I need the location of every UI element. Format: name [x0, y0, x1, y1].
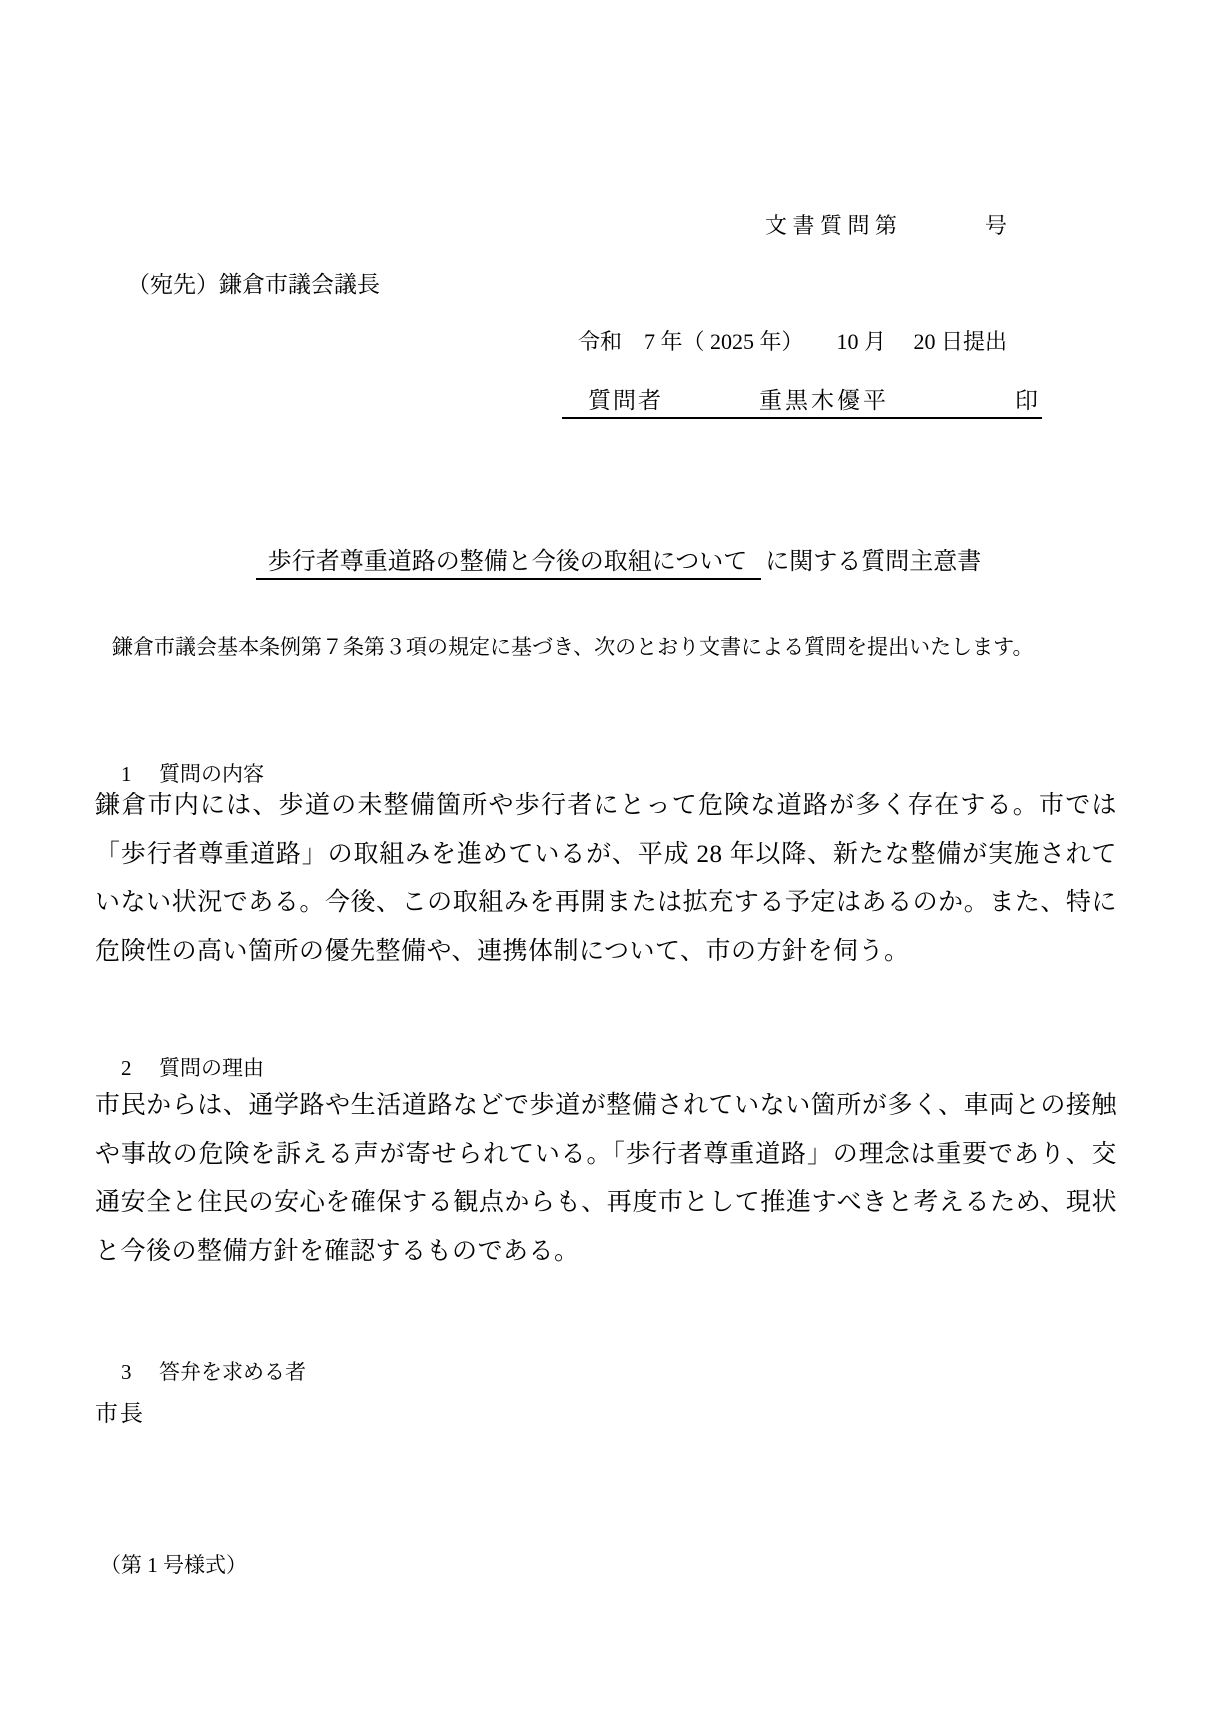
document-page: 文 書 質 問 第 号 令和 7 年（ 2025 年） 10 月 20 日提出 … [0, 0, 1213, 1721]
document-title: 歩行者尊重道路の整備と今後の取組についてに関する質問主意書 [0, 514, 1213, 603]
form-style-note: （第 1 号様式） [100, 1549, 247, 1579]
section-2-title: 質問の理由 [159, 1056, 264, 1080]
submission-date-line: 令和 7 年（ 2025 年） 10 月 20 日提出 [578, 323, 1007, 362]
seal-mark: 印 [1015, 382, 1038, 415]
title-subject-underlined: 歩行者尊重道路の整備と今後の取組について [256, 549, 762, 580]
doc-number-line: 文 書 質 問 第 号 [578, 207, 1007, 246]
section-3-number: 3 [121, 1360, 135, 1385]
intro-sentence: 鎌倉市議会基本条例第７条第３項の規定に基づき、次のとおり文書による質問を提出いた… [112, 631, 1122, 661]
questioner-name: 重黒木優平 [759, 382, 889, 415]
section-2-body: 市民からは、通学路や生活道路などで歩道が整備されていない箇所が多く、車両との接触… [95, 1082, 1117, 1276]
title-suffix: に関する質問主意書 [761, 549, 981, 575]
addressee-line: （宛先）鎌倉市議会議長 [127, 266, 380, 299]
questioner-signature-line: 質問者 重黒木優平 印 [562, 386, 1042, 419]
answerer-value: 市長 [95, 1395, 145, 1428]
section-3-title: 答弁を求める者 [159, 1360, 306, 1384]
section-1-body: 鎌倉市内には、歩道の未整備箇所や歩行者にとって危険な道路が多く存在する。市では「… [95, 782, 1117, 976]
questioner-label: 質問者 [588, 382, 663, 415]
section-2-number: 2 [121, 1056, 135, 1081]
